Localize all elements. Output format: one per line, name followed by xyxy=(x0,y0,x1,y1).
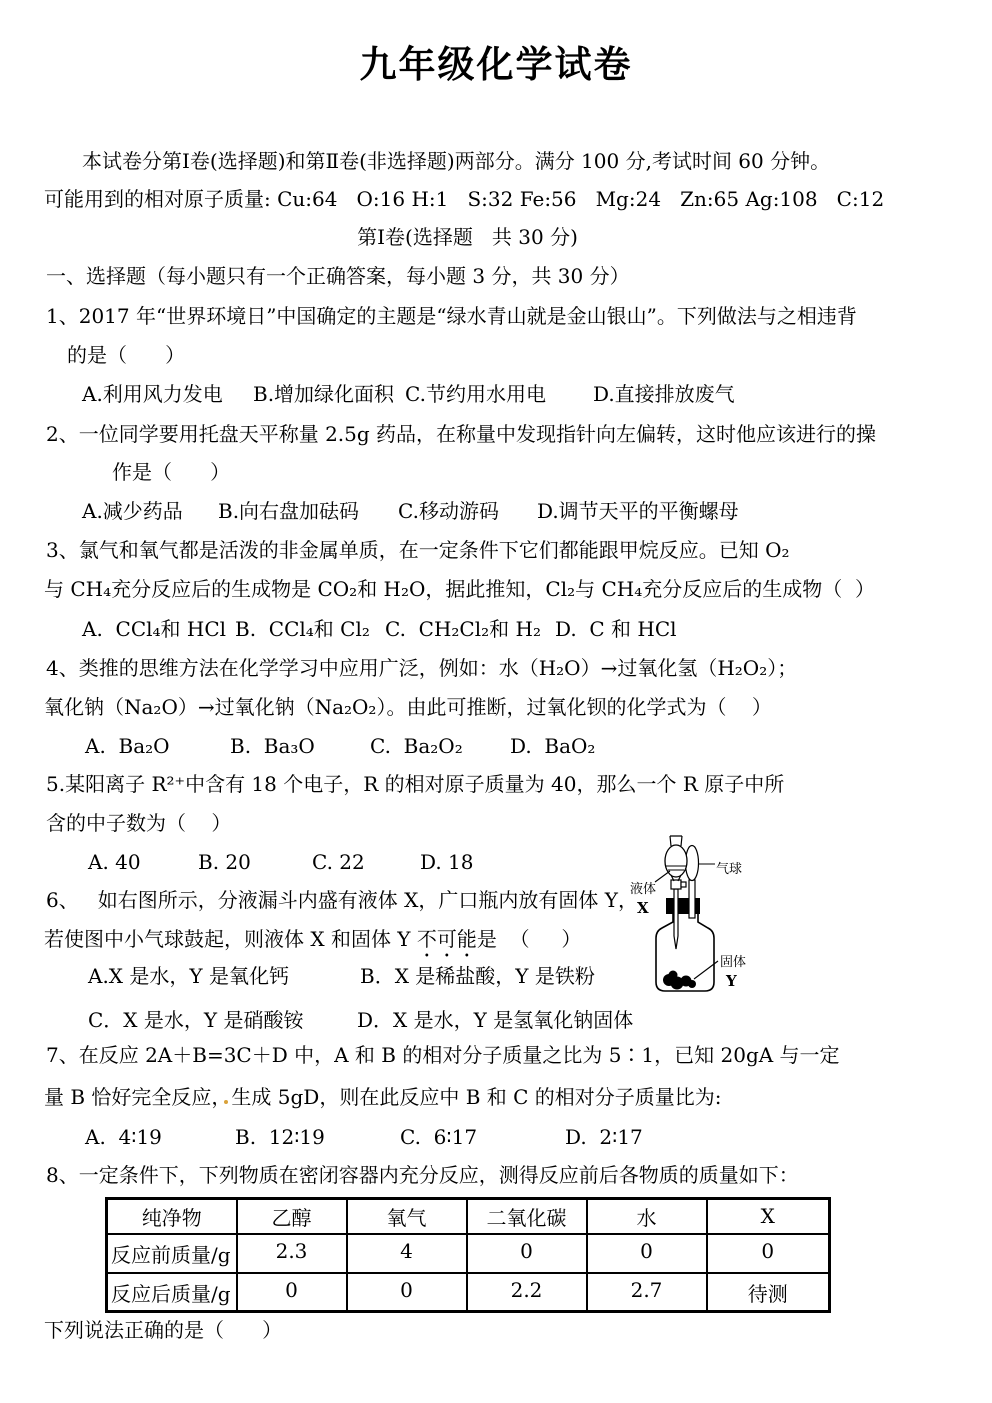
table-cell: 0 xyxy=(347,1273,467,1312)
q4-option-a: A. Ba₂O xyxy=(85,733,170,759)
q4-option-b: B. Ba₃O xyxy=(230,733,315,759)
q4-line2: 氧化钠（Na₂O）→过氧化钠（Na₂O₂）。由此可推断，过氧化钡的化学式为（ ） xyxy=(44,694,772,720)
section1-heading: 一、选择题（每小题只有一个正确答案，每小题 3 分，共 30 分） xyxy=(46,263,630,289)
funnel-stem xyxy=(674,889,678,949)
q7-option-b: B. 12∶19 xyxy=(235,1124,325,1150)
table-cell: 4 xyxy=(347,1234,467,1273)
table-row-before: 反应前质量/g 2.3 4 0 0 0 xyxy=(107,1234,830,1273)
q7-option-a: A. 4∶19 xyxy=(85,1124,162,1150)
exam-title: 九年级化学试卷 xyxy=(0,51,992,77)
spellcheck-dot xyxy=(224,1100,228,1104)
q1-line2: 的是（ ） xyxy=(67,342,185,368)
atomic-masses-line: 可能用到的相对原子质量: Cu:64 O:16 H:1 S:32 Fe:56 M… xyxy=(44,186,884,212)
q5-line2: 含的中子数为（ ） xyxy=(46,810,231,836)
q2-option-c: C.移动游码 xyxy=(398,498,499,524)
table-cell: 2.7 xyxy=(587,1273,707,1312)
q5-option-b: B. 20 xyxy=(198,849,251,875)
table-cell: 2.3 xyxy=(237,1234,347,1273)
exam-page: 九年级化学试卷 本试卷分第Ⅰ卷(选择题)和第Ⅱ卷(非选择题)两部分。满分 100… xyxy=(0,0,992,1403)
q8-line1: 8、一定条件下，下列物质在密闭容器内充分反应，测得反应前后各物质的质量如下： xyxy=(46,1162,799,1188)
q6-line2-post: 是 （ ） xyxy=(477,927,582,951)
liquid-leader-line xyxy=(655,871,670,882)
q6-line2-emphasized: 不可能 xyxy=(417,927,477,951)
q5-line1: 5.某阳离子 R²⁺中含有 18 个电子，R 的相对原子质量为 40，那么一个 … xyxy=(46,771,784,797)
liquid-label: 液体 xyxy=(630,881,656,897)
solid-y-label: Y xyxy=(725,972,737,990)
q6-option-b: B．X 是稀盐酸，Y 是铁粉 xyxy=(360,963,595,989)
q3-line2: 与 CH₄充分反应后的生成物是 CO₂和 H₂O，据此推知，Cl₂与 CH₄充分… xyxy=(44,576,875,602)
balloon-label: 气球 xyxy=(716,861,742,877)
q1-option-d: D.直接排放废气 xyxy=(593,381,735,407)
apparatus-figure: 气球 液体 X 固体 Y xyxy=(628,833,918,1018)
q5-option-c: C. 22 xyxy=(312,849,365,875)
q8-mass-table: 纯净物 乙醇 氧气 二氧化碳 水 X 反应前质量/g 2.3 4 0 0 0 反… xyxy=(105,1197,831,1313)
liquid-x-label: X xyxy=(637,899,649,917)
q7-option-d: D. 2∶17 xyxy=(565,1124,643,1150)
header-cell: 氧气 xyxy=(347,1199,467,1234)
table-cell: 0 xyxy=(707,1234,830,1273)
header-cell: 水 xyxy=(587,1199,707,1234)
q6-option-c: C．X 是水，Y 是硝酸铵 xyxy=(88,1007,303,1033)
q2-line1: 2、一位同学要用托盘天平称量 2.5g 药品，在称量中发现指针向左偏转，这时他应… xyxy=(46,421,876,447)
q7-line1: 7、在反应 2A＋B=3C＋D 中，A 和 B 的相对分子质量之比为 5∶1，已… xyxy=(46,1042,840,1068)
q6-line2: 若使图中小气球鼓起，则液体 X 和固体 Y 不可能是 （ ） xyxy=(44,926,581,962)
exam-intro-line: 本试卷分第Ⅰ卷(选择题)和第Ⅱ卷(非选择题)两部分。满分 100 分,考试时间 … xyxy=(82,148,830,174)
q8-footer-line: 下列说法正确的是（ ） xyxy=(44,1317,282,1343)
q2-option-a: A.减少药品 xyxy=(82,498,183,524)
q1-option-a: A.利用风力发电 xyxy=(82,381,223,407)
q5-option-a: A. 40 xyxy=(88,849,141,875)
header-cell: 二氧化碳 xyxy=(467,1199,587,1234)
header-cell: 纯净物 xyxy=(107,1199,237,1234)
q4-line1: 4、类推的思维方法在化学学习中应用广泛，例如：水（H₂O）→过氧化氢（H₂O₂）… xyxy=(46,655,797,681)
table-cell: 0 xyxy=(237,1273,347,1312)
q1-option-b: B.增加绿化面积 xyxy=(253,381,394,407)
q7-line2: 量 B 恰好完全反应，生成 5gD，则在此反应中 B 和 C 的相对分子质量比为… xyxy=(44,1084,722,1110)
q2-option-d: D.调节天平的平衡螺母 xyxy=(537,498,739,524)
row-label: 反应前质量/g xyxy=(107,1234,237,1273)
q1-option-c: C.节约用水用电 xyxy=(405,381,546,407)
table-header-row: 纯净物 乙醇 氧气 二氧化碳 水 X xyxy=(107,1199,830,1234)
table-cell: 待测 xyxy=(707,1273,830,1312)
balloon-tube xyxy=(689,880,695,918)
q4-option-c: C. Ba₂O₂ xyxy=(370,733,463,759)
row-label: 反应后质量/g xyxy=(107,1273,237,1312)
q6-line1: 6、 如右图所示，分液漏斗内盛有液体 X，广口瓶内放有固体 Y， xyxy=(46,887,638,913)
header-cell: X xyxy=(707,1199,830,1234)
part1-heading: 第Ⅰ卷(选择题 共 30 分) xyxy=(0,224,935,250)
table-row-after: 反应后质量/g 0 0 2.2 2.7 待测 xyxy=(107,1273,830,1312)
q4-option-d: D. BaO₂ xyxy=(510,733,595,759)
table-cell: 0 xyxy=(587,1234,707,1273)
table-cell: 2.2 xyxy=(467,1273,587,1312)
q2-line2: 作是（ ） xyxy=(112,459,230,485)
q3-option-a: A. CCl₄和 HCl xyxy=(82,616,226,642)
q6-option-d: D．X 是水，Y 是氢氧化钠固体 xyxy=(357,1007,633,1033)
header-cell: 乙醇 xyxy=(237,1199,347,1234)
q6-line2-pre: 若使图中小气球鼓起，则液体 X 和固体 Y xyxy=(44,927,417,951)
stopcock-handle xyxy=(681,882,686,887)
solid-label: 固体 xyxy=(720,954,746,970)
q3-option-c: C. CH₂Cl₂和 H₂ xyxy=(385,616,541,642)
q2-option-b: B.向右盘加砝码 xyxy=(218,498,359,524)
q1-line1: 1、2017 年“世界环境日”中国确定的主题是“绿水青山就是金山银山”。下列做法… xyxy=(46,303,857,329)
table-cell: 0 xyxy=(467,1234,587,1273)
q3-line1: 3、氯气和氧气都是活泼的非金属单质，在一定条件下它们都能跟甲烷反应。已知 O₂ xyxy=(46,537,790,563)
stopcock xyxy=(671,880,681,889)
q3-option-b: B. CCl₄和 Cl₂ xyxy=(235,616,370,642)
q5-option-d: D. 18 xyxy=(420,849,474,875)
q6-option-a: A.X 是水，Y 是氧化钙 xyxy=(88,963,289,989)
q7-option-c: C. 6∶17 xyxy=(400,1124,477,1150)
q3-option-d: D. C 和 HCl xyxy=(555,616,677,642)
